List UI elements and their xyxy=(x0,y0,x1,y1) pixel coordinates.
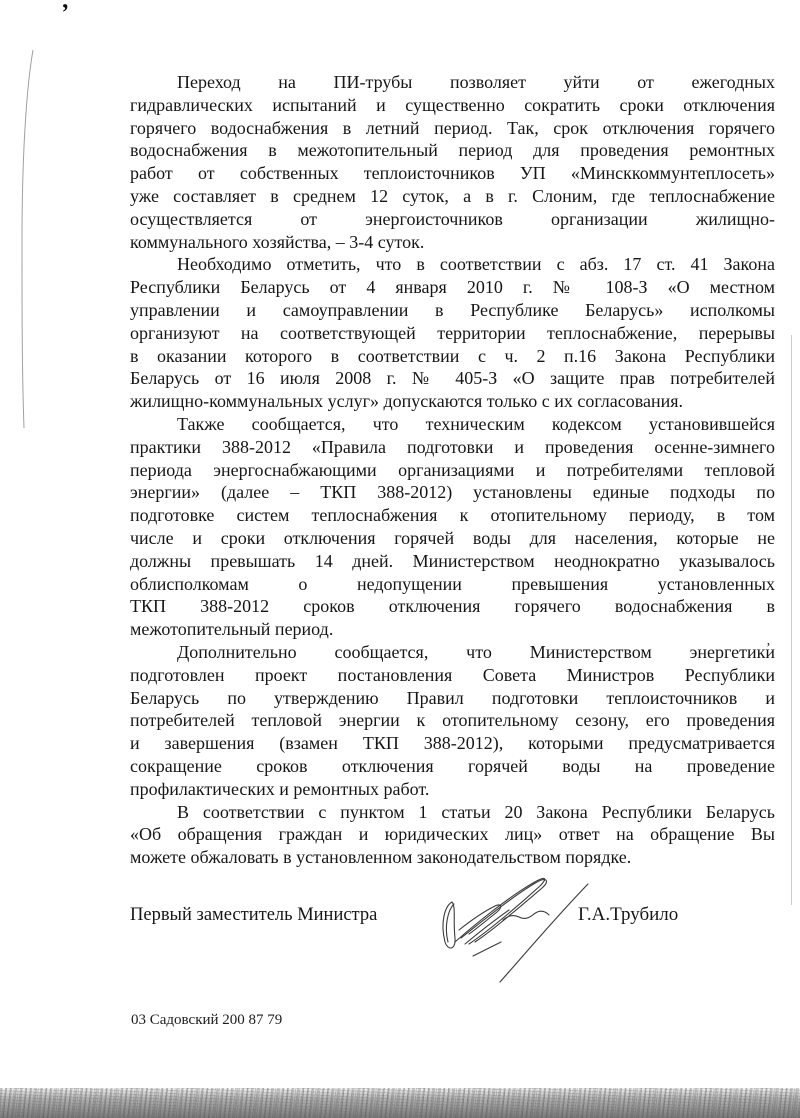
paragraph: В соответствии с пунктом 1 статьи 20 Зак… xyxy=(130,801,775,869)
text-line: Переход на ПИ-трубы позволяет уйти от еж… xyxy=(130,71,775,94)
text-line: работ от собственных теплоисточников УП … xyxy=(130,162,775,185)
text-line: профилактических и ремонтных работ. xyxy=(130,778,775,801)
scan-edge-line xyxy=(791,335,792,905)
text-line: уже составляет в среднем 12 суток, а в г… xyxy=(130,185,775,208)
text-line: практики 388-2012 «Правила подготовки и … xyxy=(130,436,775,459)
stray-ink-apostrophe: ’ xyxy=(766,641,771,657)
text-line: гидравлических испытаний и существенно с… xyxy=(130,94,775,117)
body-text: Переход на ПИ-трубы позволяет уйти от еж… xyxy=(130,71,775,869)
paper-fold-line xyxy=(0,0,60,460)
text-line: Беларусь от 16 июля 2008 г. № 405-З «О з… xyxy=(130,367,775,390)
text-line: Также сообщается, что техническим кодекс… xyxy=(130,413,775,436)
scanned-letter-page: ’ Переход на ПИ-трубы позволяет уйти от … xyxy=(0,0,800,1118)
text-line: энергии» (далее – ТКП 388-2012) установл… xyxy=(130,481,775,504)
scan-noise-band xyxy=(0,1088,800,1118)
paragraph: Необходимо отметить, что в соответствии … xyxy=(130,253,775,413)
text-line: подготовке систем теплоснабжения к отопи… xyxy=(130,504,775,527)
text-line: числе и сроки отключения горячей воды дл… xyxy=(130,527,775,550)
signature-scribble xyxy=(425,860,610,995)
text-line: «Об обращения граждан и юридических лиц»… xyxy=(130,823,775,846)
paragraph: Также сообщается, что техническим кодекс… xyxy=(130,413,775,641)
text-line: В соответствии с пунктом 1 статьи 20 Зак… xyxy=(130,801,775,824)
text-line: горячего водоснабжения в летний период. … xyxy=(130,117,775,140)
text-line: осуществляется от энергоисточников орган… xyxy=(130,208,775,231)
signature-title: Первый заместитель Министра xyxy=(130,903,377,927)
text-line: в оказании которого в соответствии с ч. … xyxy=(130,345,775,368)
text-line: Беларусь по утверждению Правил подготовк… xyxy=(130,687,775,710)
text-line: Необходимо отметить, что в соответствии … xyxy=(130,253,775,276)
text-line: потребителей тепловой энергии к отопител… xyxy=(130,709,775,732)
text-line: должны превышать 14 дней. Министерством … xyxy=(130,550,775,573)
text-line: ТКП 388-2012 сроков отключения горячего … xyxy=(130,595,775,618)
paragraph: Переход на ПИ-трубы позволяет уйти от еж… xyxy=(130,71,775,253)
text-line: водоснабжения в межотопительный период д… xyxy=(130,139,775,162)
text-line: периода энергоснабжающими организациями … xyxy=(130,459,775,482)
text-line: организуют на соответствующей территории… xyxy=(130,322,775,345)
text-line: и завершения (взамен ТКП 388-2012), кото… xyxy=(130,732,775,755)
text-line: жилищно-коммунальных услуг» допускаются … xyxy=(130,390,775,413)
ink-mark-artifact: ’ xyxy=(60,0,72,27)
text-line: Республики Беларусь от 4 января 2010 г. … xyxy=(130,276,775,299)
text-line: облисполкомам о недопущении превышения у… xyxy=(130,573,775,596)
text-line: Дополнительно сообщается, что Министерст… xyxy=(130,641,775,664)
paragraph: Дополнительно сообщается, что Министерст… xyxy=(130,641,775,801)
text-line: управлении и самоуправлении в Республике… xyxy=(130,299,775,322)
signature-name: Г.А.Трубило xyxy=(578,903,678,927)
footer-reference: 03 Садовский 200 87 79 xyxy=(131,1010,282,1030)
text-line: сокращение сроков отключения горячей вод… xyxy=(130,755,775,778)
text-line: коммунального хозяйства, – 3-4 суток. xyxy=(130,231,775,254)
text-line: межотопительный период. xyxy=(130,618,775,641)
text-line: подготовлен проект постановления Совета … xyxy=(130,664,775,687)
